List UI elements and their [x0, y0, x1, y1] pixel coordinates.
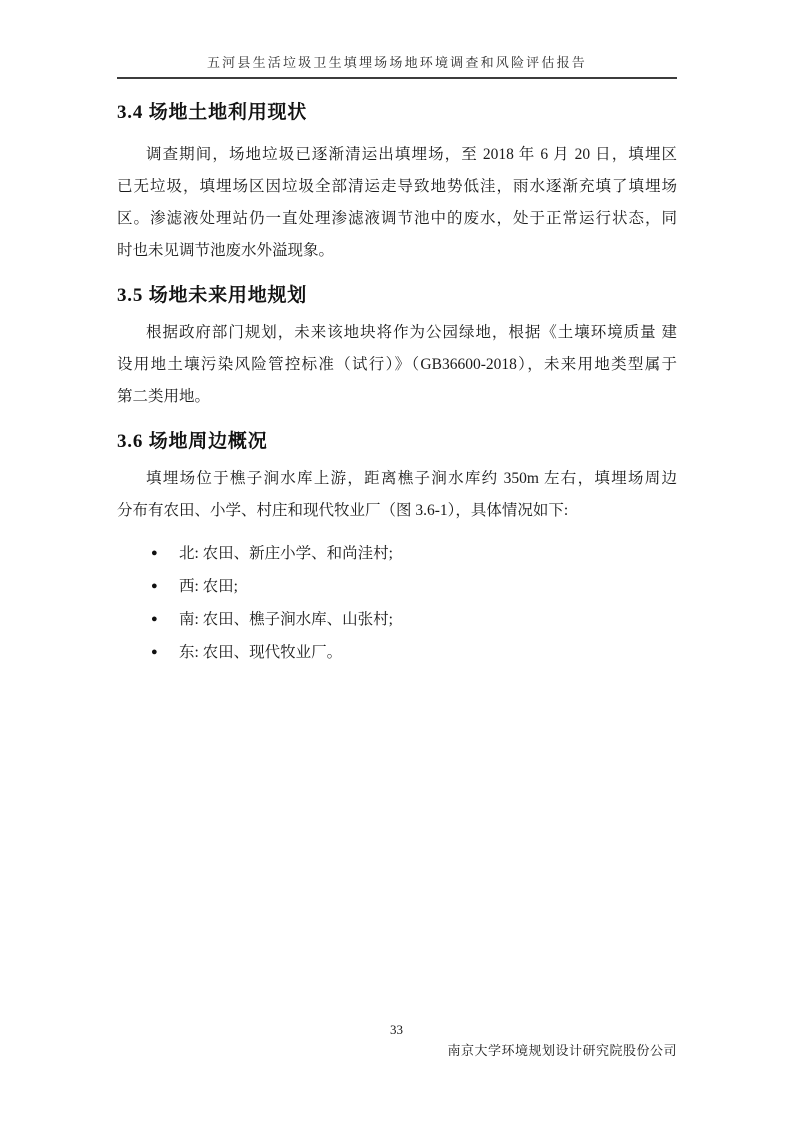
bullet-icon: ● [151, 636, 158, 669]
list-item-text: 南: 农田、樵子涧水库、山张村; [179, 611, 393, 628]
list-item-text: 西: 农田; [179, 578, 238, 595]
section-heading-3-4: 3.4 场地土地利用现状 [117, 99, 677, 126]
paragraph-line: 区。渗滤液处理站仍一直处理渗滤液调节池中的废水，处于正常运行状态，同 [117, 203, 677, 235]
list-item-south: ● 南: 农田、樵子涧水库、山张村; [117, 603, 677, 636]
paragraph-line: 分布有农田、小学、村庄和现代牧业厂（图 3.6-1），具体情况如下: [117, 495, 677, 527]
paragraph-future-planning: 根据政府部门规划，未来该地块将作为公园绿地，根据《土壤环境质量 建 设用地土壤污… [117, 317, 677, 413]
list-item-text: 北: 农田、新庄小学、和尚洼村; [179, 545, 393, 562]
bullet-icon: ● [151, 603, 158, 636]
paragraph-line: 根据政府部门规划，未来该地块将作为公园绿地，根据《土壤环境质量 建 [117, 317, 677, 349]
paragraph-surroundings: 填埋场位于樵子涧水库上游，距离樵子涧水库约 350m 左右，填埋场周边 分布有农… [117, 463, 677, 527]
paragraph-line: 设用地土壤污染风险管控标准（试行）》（GB36600-2018），未来用地类型属… [117, 349, 677, 381]
section-heading-3-5: 3.5 场地未来用地规划 [117, 282, 677, 309]
list-item-north: ● 北: 农田、新庄小学、和尚洼村; [117, 537, 677, 570]
bullet-icon: ● [151, 537, 158, 570]
document-page: 五河县生活垃圾卫生填埋场场地环境调查和风险评估报告 3.4 场地土地利用现状 调… [0, 0, 793, 1122]
paragraph-line: 调查期间，场地垃圾已逐渐清运出填埋场，至 2018 年 6 月 20 日，填埋区 [117, 139, 677, 171]
section-heading-3-6: 3.6 场地周边概况 [117, 428, 677, 455]
paragraph-line: 第二类用地。 [117, 381, 677, 413]
list-item-text: 东: 农田、现代牧业厂。 [179, 644, 342, 661]
paragraph-line: 已无垃圾，填埋场区因垃圾全部清运走导致地势低洼，雨水逐渐充填了填埋场 [117, 171, 677, 203]
page-number: 33 [0, 1022, 793, 1038]
paragraph-land-use: 调查期间，场地垃圾已逐渐清运出填埋场，至 2018 年 6 月 20 日，填埋区… [117, 139, 677, 267]
list-item-west: ● 西: 农田; [117, 570, 677, 603]
paragraph-line: 填埋场位于樵子涧水库上游，距离樵子涧水库约 350m 左右，填埋场周边 [117, 463, 677, 495]
list-item-east: ● 东: 农田、现代牧业厂。 [117, 636, 677, 669]
header-title: 五河县生活垃圾卫生填埋场场地环境调查和风险评估报告 [117, 54, 677, 72]
footer-company: 南京大学环境规划设计研究院股份公司 [447, 1040, 677, 1059]
paragraph-line: 时也未见调节池废水外溢现象。 [117, 235, 677, 267]
surroundings-list: ● 北: 农田、新庄小学、和尚洼村; ● 西: 农田; ● 南: 农田、樵子涧水… [117, 537, 677, 669]
bullet-icon: ● [151, 570, 158, 603]
page-header: 五河县生活垃圾卫生填埋场场地环境调查和风险评估报告 [117, 0, 677, 79]
